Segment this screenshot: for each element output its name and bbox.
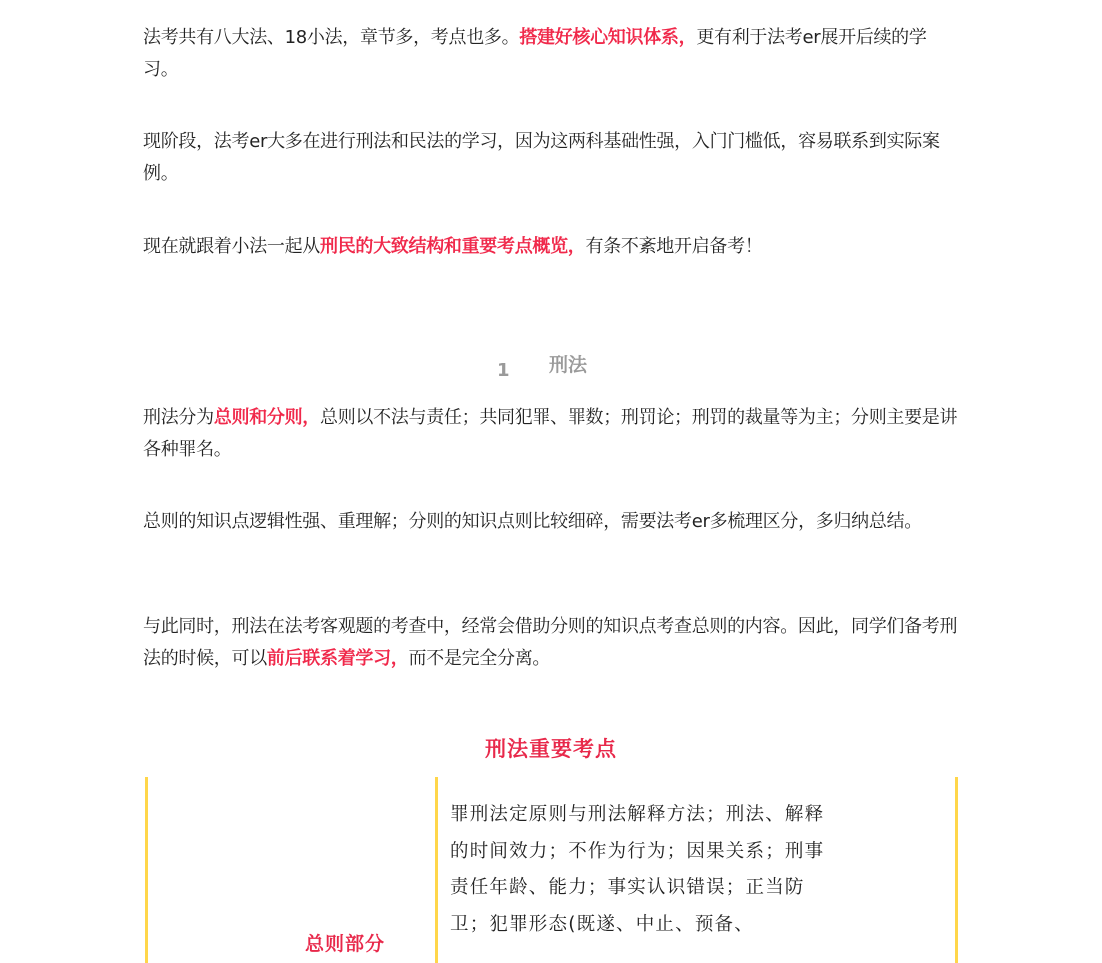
section-paragraph-1: 刑法分为总则和分则，总则以不法与责任；共同犯罪、罪数；刑罚论；刑罚的裁量等为主；… xyxy=(143,402,959,466)
text: 法考共有八大法、18小法，章节多，考点也多。 xyxy=(143,27,519,48)
table-border-right xyxy=(955,777,958,963)
section-paragraph-2: 总则的知识点逻辑性强、重理解；分则的知识点则比较细碎，需要法考er多梳理区分，多… xyxy=(143,506,959,538)
table-border-middle xyxy=(435,777,438,963)
text: 有条不紊地开启备考！ xyxy=(586,236,763,257)
section-heading: 1 刑法 xyxy=(0,350,1102,390)
intro-paragraph-3: 现在就跟着小法一起从刑民的大致结构和重要考点概览，有条不紊地开启备考！ xyxy=(143,231,959,263)
table-title: 刑法重要考点 xyxy=(0,733,1102,763)
text: 现在就跟着小法一起从 xyxy=(143,236,320,257)
text: 而不是完全分离。 xyxy=(409,648,551,669)
key-points-table: 总则部分 罪刑法定原则与刑法解释方法；刑法、解释的时间效力；不作为行为；因果关系… xyxy=(145,777,958,963)
row-label: 总则部分 xyxy=(305,929,385,956)
section-title: 刑法 xyxy=(549,350,587,377)
intro-paragraph-2: 现阶段，法考er大多在进行刑法和民法的学习，因为这两科基础性强，入门门槛低，容易… xyxy=(143,126,959,190)
section-number: 1 xyxy=(497,360,510,381)
highlight-text: 前后联系着学习， xyxy=(267,648,409,669)
intro-paragraph-1: 法考共有八大法、18小法，章节多，考点也多。搭建好核心知识体系，更有利于法考er… xyxy=(143,22,959,86)
table-row-label-cell: 总则部分 xyxy=(145,777,435,963)
text: 刑法分为 xyxy=(143,407,214,428)
highlight-text: 搭建好核心知识体系， xyxy=(519,27,696,48)
highlight-text: 总则和分则， xyxy=(214,407,320,428)
section-paragraph-3: 与此同时，刑法在法考客观题的考查中，经常会借助分则的知识点考查总则的内容。因此，… xyxy=(143,611,959,675)
row-content: 罪刑法定原则与刑法解释方法；刑法、解释的时间效力；不作为行为；因果关系；刑事责任… xyxy=(450,797,840,943)
highlight-text: 刑民的大致结构和重要考点概览， xyxy=(320,236,586,257)
